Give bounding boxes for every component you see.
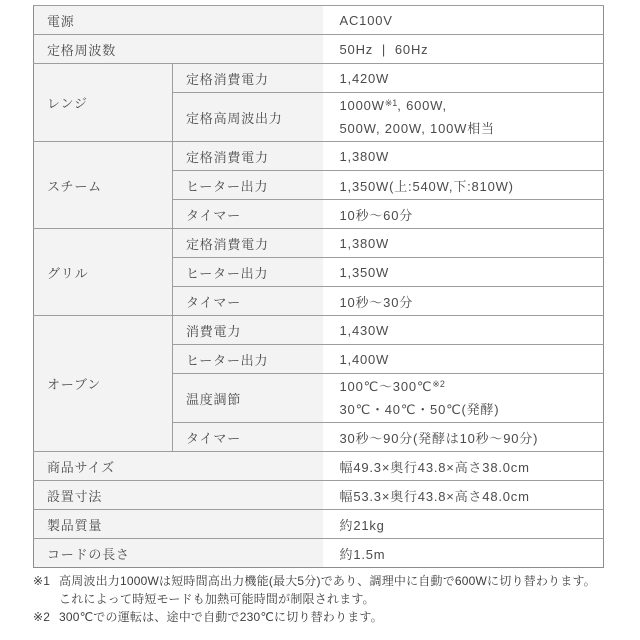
sub-label: ヒーター出力: [173, 171, 323, 200]
row-value-frequency: 50Hz | 60Hz: [323, 35, 604, 64]
footnote-ref-2: ※2: [432, 379, 445, 389]
group-label-grill: グリル: [34, 229, 173, 316]
table-row: 電源 AC100V: [34, 6, 604, 35]
row-label-product-size: 商品サイズ: [34, 452, 323, 481]
row-label-frequency: 定格周波数: [34, 35, 323, 64]
sub-value: 1,420W: [323, 64, 604, 93]
row-label-power: 電源: [34, 6, 323, 35]
sub-value: 1,380W: [323, 142, 604, 171]
table-row: 商品サイズ 幅49.3×奥行43.8×高さ38.0cm: [34, 452, 604, 481]
spec-table: 電源 AC100V 定格周波数 50Hz | 60Hz レンジ 定格消費電力 1…: [33, 5, 604, 568]
footnote-ref-1: ※1: [385, 98, 398, 108]
row-label-weight: 製品質量: [34, 510, 323, 539]
value-line-1: 100℃〜300℃※2: [340, 376, 604, 399]
table-row: 製品質量 約21kg: [34, 510, 604, 539]
row-value-product-size: 幅49.3×奥行43.8×高さ38.0cm: [323, 452, 604, 481]
sub-label: 消費電力: [173, 316, 323, 345]
sub-value: 1,400W: [323, 345, 604, 374]
row-value-power: AC100V: [323, 6, 604, 35]
table-row: オーブン 消費電力 1,430W: [34, 316, 604, 345]
table-row: コードの長さ 約1.5m: [34, 539, 604, 568]
table-row: レンジ 定格消費電力 1,420W: [34, 64, 604, 93]
sub-value: 1,350W: [323, 258, 604, 287]
sub-label: 温度調節: [173, 374, 323, 423]
footnotes: ※1 高周波出力1000Wは短時間高出力機能(最大5分)であり、調理中に自動で6…: [33, 572, 613, 626]
sub-label: タイマー: [173, 287, 323, 316]
group-label-range: レンジ: [34, 64, 173, 142]
sub-label: タイマー: [173, 200, 323, 229]
row-label-installation-size: 設置寸法: [34, 481, 323, 510]
table-row: 定格周波数 50Hz | 60Hz: [34, 35, 604, 64]
sub-label: 定格高周波出力: [173, 93, 323, 142]
footnote-1: ※1 高周波出力1000Wは短時間高出力機能(最大5分)であり、調理中に自動で6…: [33, 572, 613, 608]
value-line-1: 1000W※1, 600W,: [340, 95, 604, 118]
row-value-installation-size: 幅53.3×奥行43.8×高さ48.0cm: [323, 481, 604, 510]
row-label-cord-length: コードの長さ: [34, 539, 323, 568]
sub-label: 定格消費電力: [173, 142, 323, 171]
sub-label: 定格消費電力: [173, 64, 323, 93]
footnote-2-marker: ※2: [33, 608, 59, 626]
table-row: 設置寸法 幅53.3×奥行43.8×高さ48.0cm: [34, 481, 604, 510]
group-label-oven: オーブン: [34, 316, 173, 452]
value-line-2: 30℃・40℃・50℃(発酵): [340, 399, 604, 420]
sub-value: 10秒〜60分: [323, 200, 604, 229]
table-row: グリル 定格消費電力 1,380W: [34, 229, 604, 258]
sub-value: 1000W※1, 600W, 500W, 200W, 100W相当: [323, 93, 604, 142]
sub-value: 1,350W(上:540W,下:810W): [323, 171, 604, 200]
sub-label: 定格消費電力: [173, 229, 323, 258]
sub-value: 1,380W: [323, 229, 604, 258]
group-label-steam: スチーム: [34, 142, 173, 229]
footnote-1-marker: ※1: [33, 572, 59, 608]
footnote-2: ※2 300℃での運転は、途中で自動で230℃に切り替わります。: [33, 608, 613, 626]
product-spec-page: 電源 AC100V 定格周波数 50Hz | 60Hz レンジ 定格消費電力 1…: [0, 0, 640, 640]
row-value-weight: 約21kg: [323, 510, 604, 539]
footnote-1-line-1: 高周波出力1000Wは短時間高出力機能(最大5分)であり、調理中に自動で600W…: [59, 572, 613, 590]
sub-value: 1,430W: [323, 316, 604, 345]
value-line-2: 500W, 200W, 100W相当: [340, 118, 604, 139]
sub-value: 100℃〜300℃※2 30℃・40℃・50℃(発酵): [323, 374, 604, 423]
row-value-cord-length: 約1.5m: [323, 539, 604, 568]
sub-value: 10秒〜30分: [323, 287, 604, 316]
sub-label: ヒーター出力: [173, 345, 323, 374]
footnote-1-line-2: これによって時短モードも加熱可能時間が制限されます。: [59, 590, 613, 608]
sub-value: 30秒〜90分(発酵は10秒〜90分): [323, 423, 604, 452]
footnote-2-line-1: 300℃での運転は、途中で自動で230℃に切り替わります。: [59, 608, 613, 626]
sub-label: ヒーター出力: [173, 258, 323, 287]
table-row: スチーム 定格消費電力 1,380W: [34, 142, 604, 171]
sub-label: タイマー: [173, 423, 323, 452]
